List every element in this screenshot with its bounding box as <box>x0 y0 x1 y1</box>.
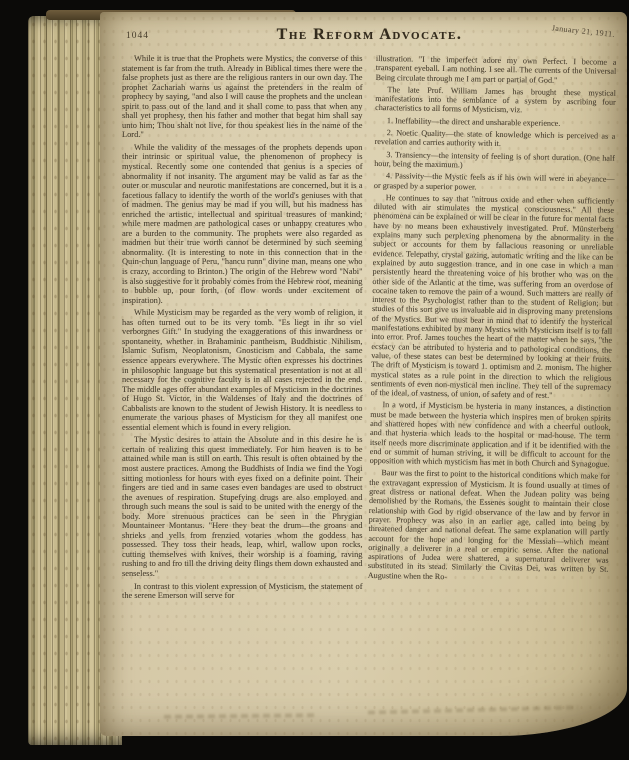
numbered-item: 2. Noetic Quality—the state of knowledge… <box>374 128 615 150</box>
left-column: While it is true that the Prophets were … <box>122 54 363 706</box>
bleed-through-text <box>368 705 578 714</box>
paragraph: In a word, if Mysticism be hysteria in m… <box>369 400 610 469</box>
publication-title: The Reform Advocate. <box>122 26 617 44</box>
paragraph: While it is true that the Prophets were … <box>122 54 363 140</box>
scanned-book-photo: { "masthead": { "page_number": "1044", "… <box>0 0 629 760</box>
paragraph: The late Prof. William James has brought… <box>375 85 616 117</box>
right-column: illustration. "I the imperfect adore my … <box>365 54 616 706</box>
paragraph: Baur was the first to point to the histo… <box>367 468 609 583</box>
book-page: 1044 The Reform Advocate. January 21, 19… <box>100 12 627 736</box>
paragraph: While the validity of the messages of th… <box>122 143 363 305</box>
numbered-item: 4. Passivity—the Mystic feels as if his … <box>373 171 614 193</box>
article-body: While it is true that the Prophets were … <box>122 54 616 706</box>
numbered-item: 1. Ineffability—the direct and unsharabl… <box>374 116 615 129</box>
running-head: 1044 The Reform Advocate. January 21, 19… <box>122 26 617 48</box>
paragraph: In contrast to this violent expression o… <box>122 582 363 601</box>
paragraph: He continues to say that "nitrous oxide … <box>370 193 614 401</box>
paragraph: The Mystic desires to attain the Absolut… <box>122 435 363 578</box>
bleed-through-text <box>164 713 314 719</box>
numbered-item: 3. Transiency—the intensity of feeling i… <box>374 150 615 172</box>
paragraph: illustration. "I the imperfect adore my … <box>375 54 616 86</box>
paragraph: While Mysticism may be regarded as the v… <box>122 308 363 432</box>
